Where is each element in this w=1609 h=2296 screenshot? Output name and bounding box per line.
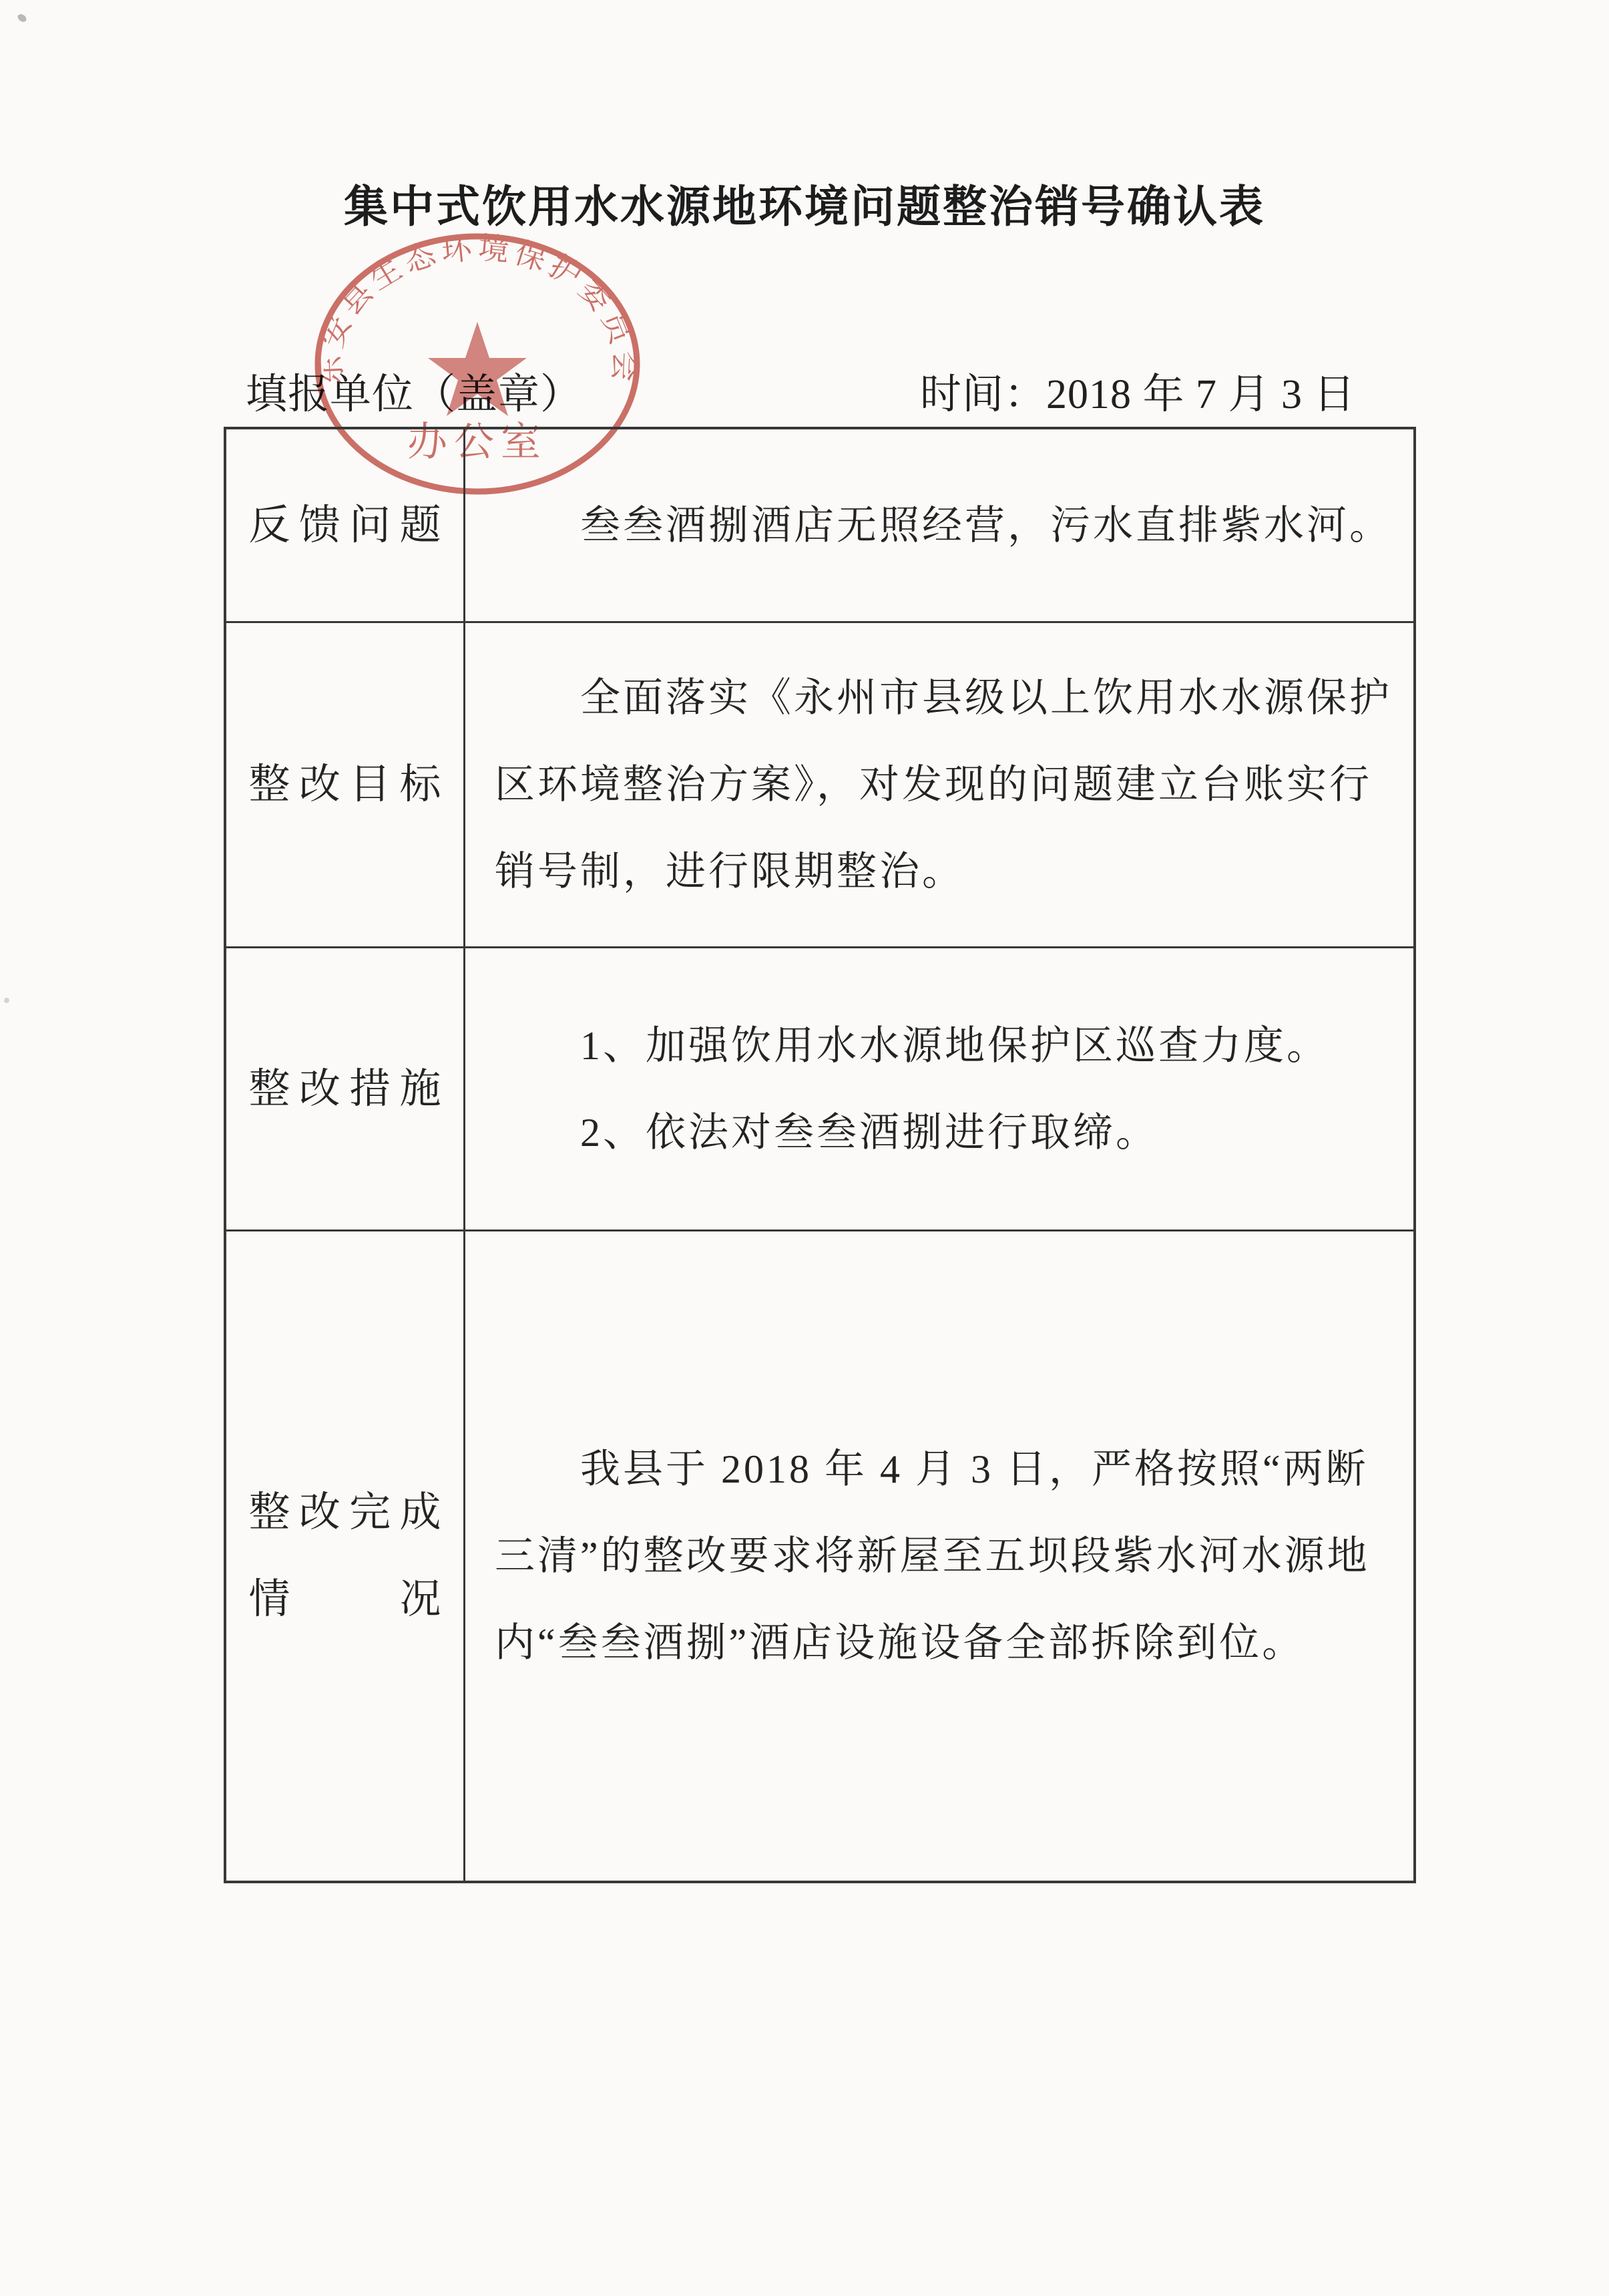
form-table: 反馈问题 叁叁酒捌酒店无照经营，污水直排紫水河。 整改目标 全面落实《永州市县级… [224, 427, 1416, 1883]
star-icon [428, 322, 527, 416]
row-content: 1、加强饮用水水源地保护区巡查力度。 2、依法对叁叁酒捌进行取缔。 [465, 948, 1413, 1229]
content-line: 全面落实《永州市县级以上饮用水水源保护 [495, 654, 1413, 741]
content-line: 我县于 2018 年 4 月 3 日，严格按照“两断 [495, 1426, 1413, 1513]
report-time: 时间：2018 年 7 月 3 日 [920, 361, 1356, 420]
table-row: 整改措施 1、加强饮用水水源地保护区巡查力度。 2、依法对叁叁酒捌进行取缔。 [226, 946, 1413, 1229]
row-label-line: 整改措施 [249, 1046, 441, 1133]
row-label: 整改目标 [226, 623, 465, 946]
content-line: 2、依法对叁叁酒捌进行取缔。 [495, 1089, 1413, 1176]
scan-speckle [16, 13, 27, 23]
row-label-line: 整改完成 [249, 1469, 441, 1556]
row-content: 全面落实《永州市县级以上饮用水水源保护 区环境整治方案》，对发现的问题建立台账实… [465, 623, 1413, 946]
content-line: 内“叁叁酒捌”酒店设施设备全部拆除到位。 [495, 1599, 1413, 1686]
table-row: 反馈问题 叁叁酒捌酒店无照经营，污水直排紫水河。 [226, 429, 1413, 621]
row-content: 我县于 2018 年 4 月 3 日，严格按照“两断 三清”的整改要求将新屋至五… [465, 1231, 1413, 1881]
row-label-line: 反馈问题 [249, 482, 441, 569]
row-label-line: 整改目标 [249, 741, 441, 828]
row-label: 整改完成 情况 [226, 1231, 465, 1881]
scanned-form-page: 集中式饮用水水源地环境问题整治销号确认表 填报单位（盖章） 时间：2018 年 … [0, 0, 1609, 2296]
table-row: 整改完成 情况 我县于 2018 年 4 月 3 日，严格按照“两断 三清”的整… [226, 1229, 1413, 1881]
row-content: 叁叁酒捌酒店无照经营，污水直排紫水河。 [465, 429, 1413, 621]
scan-speckle [4, 998, 9, 1003]
content-line: 1、加强饮用水水源地保护区巡查力度。 [495, 1002, 1413, 1089]
row-label: 反馈问题 [226, 429, 465, 621]
row-label: 整改措施 [226, 948, 465, 1229]
content-line: 叁叁酒捌酒店无照经营，污水直排紫水河。 [495, 482, 1413, 569]
content-line: 三清”的整改要求将新屋至五坝段紫水河水源地 [495, 1513, 1413, 1599]
content-line: 销号制，进行限期整治。 [495, 828, 1413, 915]
row-label-line: 情况 [249, 1556, 441, 1643]
table-row: 整改目标 全面落实《永州市县级以上饮用水水源保护 区环境整治方案》，对发现的问题… [226, 621, 1413, 946]
content-line: 区环境整治方案》，对发现的问题建立台账实行 [495, 741, 1413, 828]
page-title: 集中式饮用水水源地环境问题整治销号确认表 [0, 171, 1609, 234]
